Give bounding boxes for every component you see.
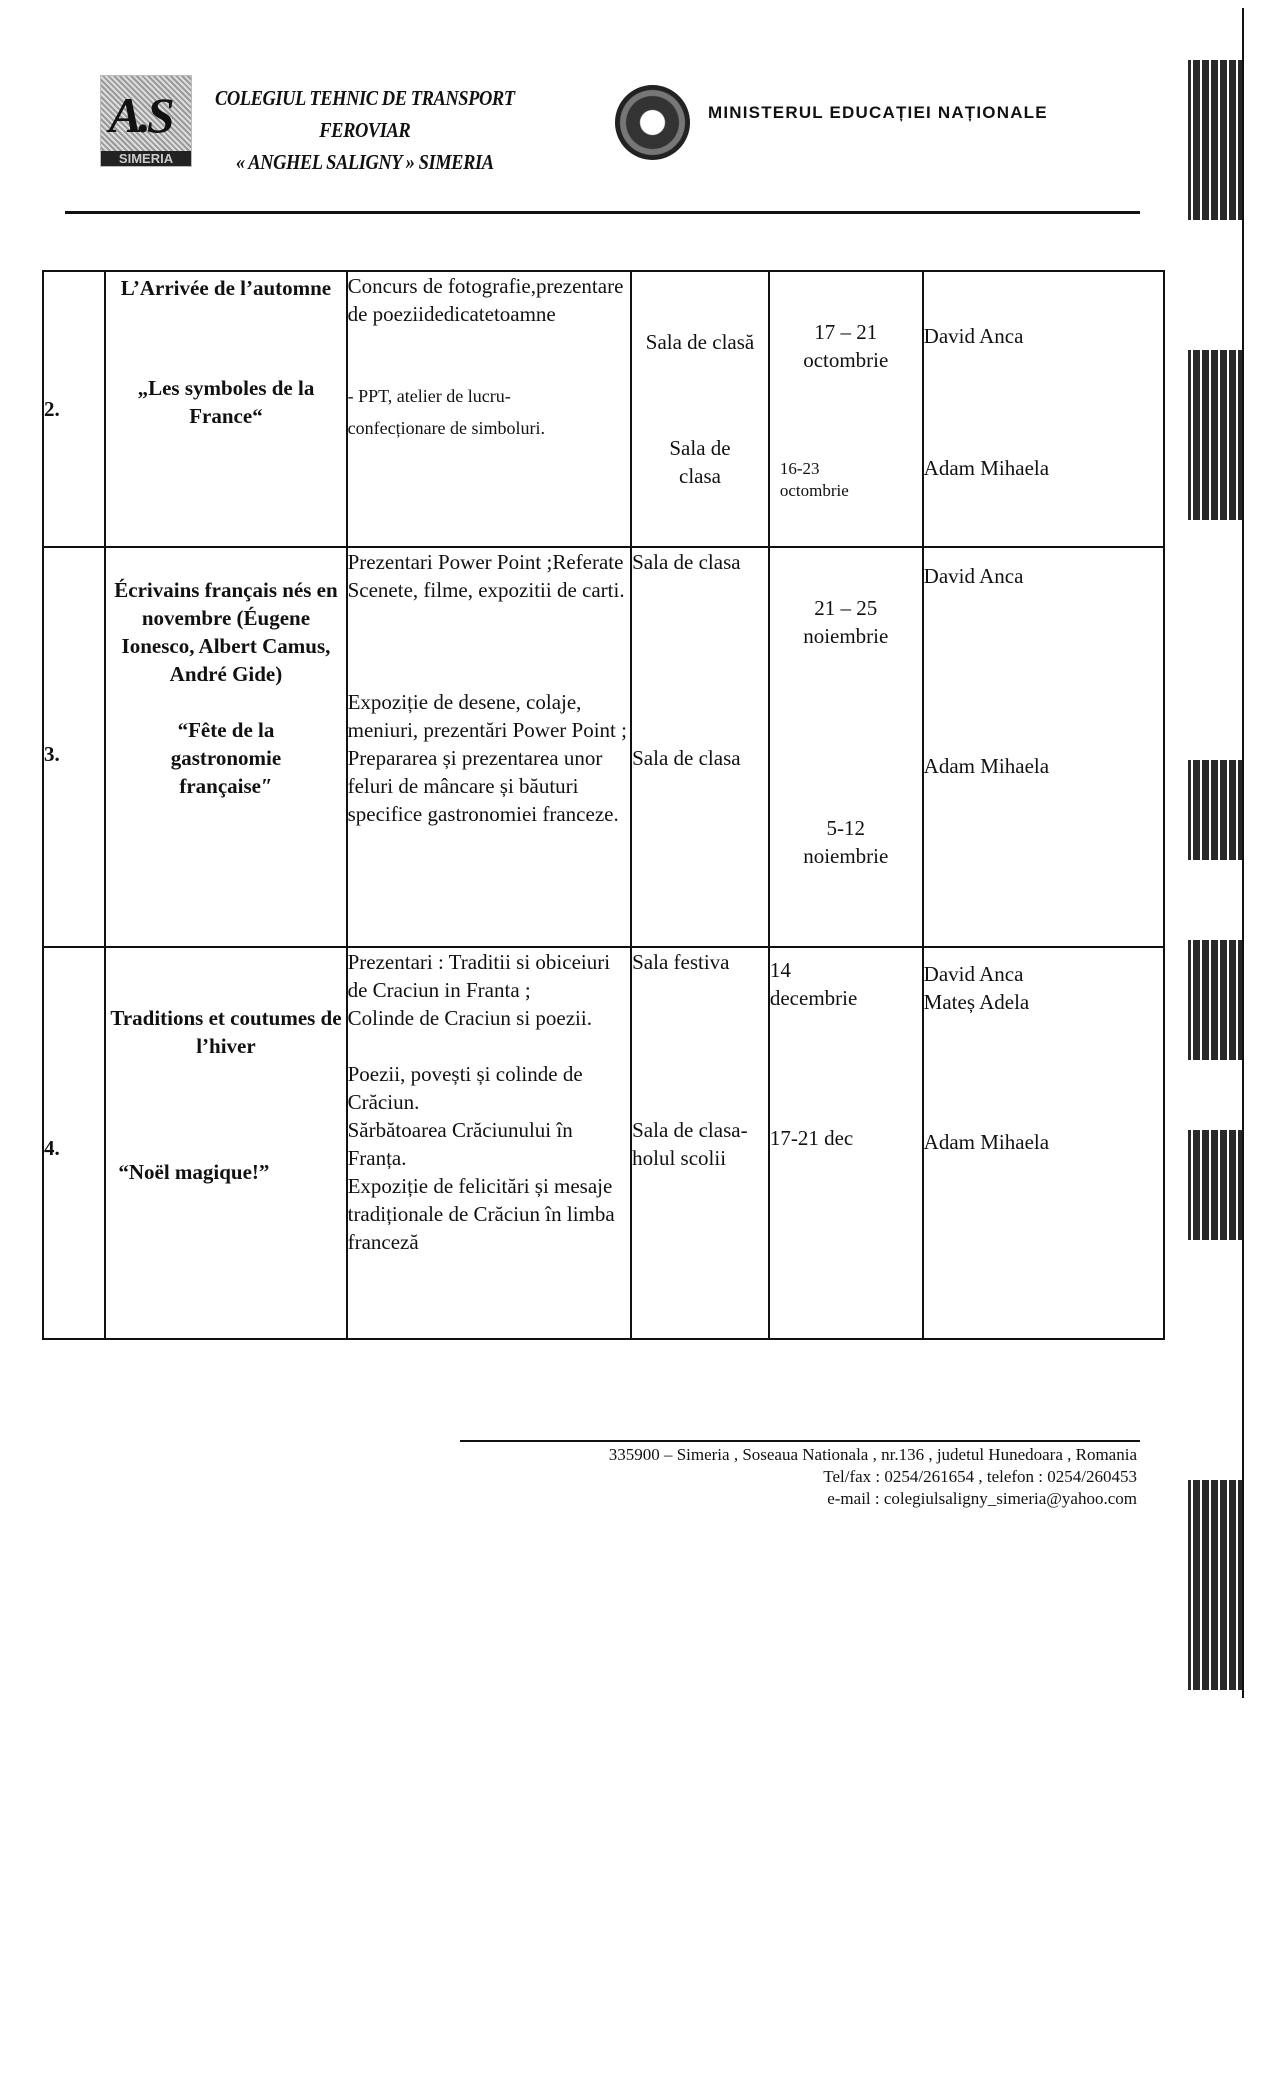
date-line: 17 – 21	[770, 318, 922, 346]
responsible-line: Mateș Adela	[924, 988, 1163, 1016]
date-text: 17-21 dec	[770, 1124, 922, 1152]
date-line: octombrie	[770, 346, 922, 374]
responsible-text: Adam Mihaela	[924, 454, 1163, 482]
activities-line: - PPT, atelier de lucru-	[348, 380, 631, 412]
activity-plan-table: 2. L’Arrivée de l’automne „Les symboles …	[42, 270, 1165, 1340]
responsible-text: Adam Mihaela	[924, 1128, 1163, 1156]
date-text: 16-23 octombrie	[770, 458, 922, 502]
footer-address: 335900 – Simeria , Soseaua Nationala , n…	[400, 1444, 1137, 1466]
activities-cell: Concurs de fotografie,prezentare de poez…	[347, 271, 632, 547]
date-line: decembrie	[770, 984, 922, 1012]
ministry-seal-icon	[615, 85, 690, 160]
table-row: 4. Traditions et coutumes de l’hiver “No…	[43, 947, 1164, 1339]
logo-city: SIMERIA	[101, 151, 191, 166]
activity-title: “Noël magique!”	[106, 1158, 345, 1186]
date-line: noiembrie	[770, 622, 922, 650]
activities-text: Concurs de fotografie,prezentare de poez…	[348, 272, 631, 328]
place-text: Sala de clasa	[632, 548, 768, 576]
activities-line: Scenete, filme, expozitii de carti.	[348, 576, 631, 604]
place-text: Sala de clasă	[632, 328, 768, 356]
activities-line: Expoziție de felicitări și mesaje tradiț…	[348, 1172, 631, 1256]
activities-line: Expoziție de desene, colaje, meniuri, pr…	[348, 688, 631, 744]
date-cell: 14 decembrie 17-21 dec	[769, 947, 923, 1339]
responsible-text: David Anca	[924, 562, 1163, 590]
responsible-text: Adam Mihaela	[924, 752, 1163, 780]
responsible-cell: David Anca Adam Mihaela	[923, 547, 1164, 947]
activity-title-cell: Écrivains français nés en novembre (Éuge…	[105, 547, 346, 947]
date-line: octombrie	[780, 480, 922, 502]
activities-line: Poezii, povești și colinde de Crăciun.	[348, 1060, 631, 1116]
activity-title: Écrivains français nés en novembre (Éuge…	[106, 576, 345, 688]
scan-artifact	[1188, 1130, 1243, 1240]
date-line: 16-23	[780, 458, 922, 480]
college-name-line2: « ANGHEL SALIGNY » SIMERIA	[180, 146, 550, 178]
row-number-text: 2.	[44, 397, 60, 421]
activities-text: - PPT, atelier de lucru- confecționare d…	[348, 380, 631, 444]
activities-line: Prezentari Power Point ;Referate	[348, 548, 631, 576]
footer-divider	[460, 1440, 1140, 1442]
date-text: 14 decembrie	[770, 956, 922, 1012]
activities-line: Sărbătoarea Crăciunului în Franța.	[348, 1116, 631, 1172]
date-line: 14	[770, 956, 922, 984]
table-row: 3. Écrivains français nés en novembre (É…	[43, 547, 1164, 947]
scan-artifact	[1188, 350, 1243, 520]
college-logo: A.S SIMERIA	[100, 75, 192, 167]
activities-line: confecționare de simboluri.	[348, 412, 631, 444]
date-text: 5-12 noiembrie	[770, 814, 922, 870]
responsible-cell: David Anca Mateș Adela Adam Mihaela	[923, 947, 1164, 1339]
activity-title-cell: L’Arrivée de l’automne „Les symboles de …	[105, 271, 346, 547]
date-line: 5-12	[770, 814, 922, 842]
date-line: noiembrie	[770, 842, 922, 870]
activities-text: Expoziție de desene, colaje, meniuri, pr…	[348, 688, 631, 828]
header-divider	[65, 211, 1140, 214]
activities-text: Prezentari : Traditii si obiceiuri de Cr…	[348, 948, 631, 1032]
responsible-line: David Anca	[924, 960, 1163, 988]
activities-line: Prezentari : Traditii si obiceiuri de Cr…	[348, 948, 631, 1004]
college-name: COLEGIUL TEHNIC DE TRANSPORT FEROVIAR « …	[180, 82, 550, 178]
table-row: 2. L’Arrivée de l’automne „Les symboles …	[43, 271, 1164, 547]
activity-title: “Fête de la gastronomie française″	[106, 716, 345, 800]
responsible-cell: David Anca Adam Mihaela	[923, 271, 1164, 547]
footer-email: e-mail : colegiulsaligny_simeria@yahoo.c…	[400, 1488, 1137, 1510]
logo-letters: A.S	[109, 86, 171, 144]
activities-line: Prepararea și prezentarea unor feluri de…	[348, 744, 631, 828]
activities-line: Colinde de Craciun si poezii.	[348, 1004, 631, 1032]
row-number: 4.	[43, 947, 105, 1339]
place-text: Sala de clasa-holul scolii	[632, 1116, 768, 1172]
responsible-text: David Anca	[924, 322, 1163, 350]
activities-cell: Prezentari Power Point ;Referate Scenete…	[347, 547, 632, 947]
scan-artifact	[1188, 940, 1243, 1060]
scan-artifact	[1188, 1480, 1243, 1690]
activity-title: „Les symboles de la France“	[106, 374, 345, 430]
place-cell: Sala de clasă Sala de clasa	[631, 271, 769, 547]
place-text: Sala festiva	[632, 948, 768, 976]
footer-phone: Tel/fax : 0254/261654 , telefon : 0254/2…	[400, 1466, 1137, 1488]
date-cell: 17 – 21 octombrie 16-23 octombrie	[769, 271, 923, 547]
place-cell: Sala de clasa Sala de clasa	[631, 547, 769, 947]
activities-text: Poezii, povești și colinde de Crăciun. S…	[348, 1060, 631, 1256]
ministry-name: MINISTERUL EDUCAȚIEI NAȚIONALE	[708, 103, 1048, 123]
date-line: 21 – 25	[770, 594, 922, 622]
date-cell: 21 – 25 noiembrie 5-12 noiembrie	[769, 547, 923, 947]
footer-contact: 335900 – Simeria , Soseaua Nationala , n…	[400, 1444, 1137, 1510]
activities-cell: Prezentari : Traditii si obiceiuri de Cr…	[347, 947, 632, 1339]
place-text: Sala de clasa	[632, 744, 768, 772]
row-number-text: 4.	[44, 1134, 104, 1162]
place-cell: Sala festiva Sala de clasa-holul scolii	[631, 947, 769, 1339]
activities-text: Prezentari Power Point ;Referate Scenete…	[348, 548, 631, 604]
activity-title-cell: Traditions et coutumes de l’hiver “Noël …	[105, 947, 346, 1339]
responsible-text: David Anca Mateș Adela	[924, 960, 1163, 1016]
date-text: 17 – 21 octombrie	[770, 318, 922, 374]
college-name-line1: COLEGIUL TEHNIC DE TRANSPORT FEROVIAR	[180, 82, 550, 146]
scan-artifact	[1188, 760, 1243, 860]
activity-title: Traditions et coutumes de l’hiver	[106, 1004, 345, 1060]
row-number: 2.	[43, 271, 105, 547]
place-text: Sala de clasa	[632, 434, 768, 490]
row-number-text: 3.	[44, 740, 104, 768]
date-text: 21 – 25 noiembrie	[770, 594, 922, 650]
row-number: 3.	[43, 547, 105, 947]
activity-title: L’Arrivée de l’automne	[106, 274, 345, 302]
scan-artifact	[1188, 60, 1243, 220]
